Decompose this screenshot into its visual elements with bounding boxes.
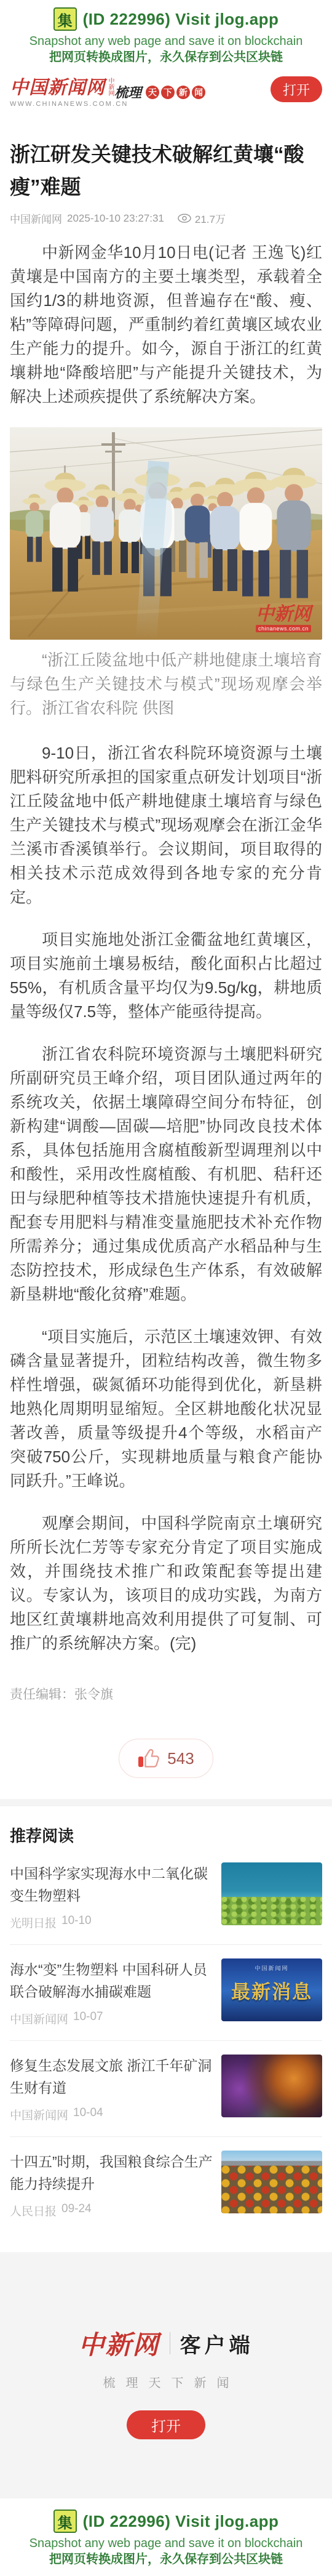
article-paragraph: 中新网金华10月10日电(记者 王逸飞)红黄壤是中国南方的主要土壤类型，承载着全… [10, 241, 322, 409]
tagline-circle: 闻 [192, 86, 205, 99]
article-photo: 中新网 chinanews.com.cn [10, 427, 322, 640]
app-promo-footer: 中新网 客户端 梳理天下新闻 打开 [0, 2252, 332, 2498]
editor-label: 责任编辑： [10, 1688, 74, 1702]
recommended-item-source: 中国新闻网 [10, 2010, 68, 2027]
site-logo-text: 中国新闻网 [10, 78, 105, 99]
open-app-button[interactable]: 打开 [271, 76, 322, 102]
article-paragraph: 9-10日，浙江省农科院环境资源与土壤肥料研究所承担的国家重点研发计划项目“浙江… [10, 741, 322, 909]
banner-subtitle-zh: 把网页转换成图片，永久保存到公共区块链 [0, 2551, 332, 2567]
view-count: 21.7万 [195, 211, 226, 226]
recommended-item-source: 光明日报 [10, 1914, 57, 1931]
site-header: 中国新闻网 中新网 WWW.CHINANEWS.COM.CN 梳理 天 下 新 … [0, 71, 332, 128]
site-tagline: 梳理 天 下 新 闻 [114, 83, 205, 102]
article-paragraph: 项目实施地处浙江金衢盆地红黄壤区，项目实施前土壤易板结，酸化面积占比超过55%，… [10, 928, 322, 1024]
recommended-item-date: 10-07 [73, 2010, 103, 2027]
tagline-circle: 新 [176, 86, 190, 99]
footer-tagline: 梳理天下新闻 [0, 2373, 332, 2391]
like-count: 543 [167, 1749, 194, 1768]
thumbnail-grain-image [221, 2151, 322, 2213]
recommended-item[interactable]: 海水“变”生物塑料 中国科研人员联合破解海水捕碳难题 中国新闻网 10-07 中… [10, 1945, 322, 2040]
footer-divider [170, 2332, 170, 2354]
tagline-prefix: 梳理 [114, 83, 141, 102]
open-app-button-footer[interactable]: 打开 [127, 2410, 205, 2439]
recommended-item-date: 09-24 [61, 2202, 92, 2219]
recommended-section: 推荐阅读 中国科学家实现海水中二氧化碳变生物塑料 光明日报 10-10 海水“变… [0, 1824, 332, 2232]
thumbnail-cave-image [221, 2055, 322, 2117]
article-paragraph: 浙江省农科院环境资源与土壤肥料研究所副研究员王峰介绍，项目团队通过两年的系统攻关… [10, 1042, 322, 1306]
thumbnail-sea-image [221, 1862, 322, 1925]
recommended-item-source: 中国新闻网 [10, 2106, 68, 2123]
jlog-id-link[interactable]: (ID 222996) Visit jlog.app [83, 2512, 279, 2531]
recommended-item-title[interactable]: 修复生态发展文旅 浙江千年矿洞生财有道 [10, 2055, 213, 2099]
section-divider [0, 1799, 332, 1806]
recommended-item[interactable]: 修复生态发展文旅 浙江千年矿洞生财有道 中国新闻网 10-04 [10, 2041, 322, 2136]
recommended-item-title[interactable]: 海水“变”生物塑料 中国科研人员联合破解海水捕碳难题 [10, 1958, 213, 2003]
banner-subtitle-en: Snapshot any web page and save it on blo… [0, 2535, 332, 2551]
article-title: 浙江研发关键技术破解红黄壤“酸瘦”难题 [10, 138, 322, 203]
recommended-item[interactable]: 十四五”时期，我国粮食综合生产能力持续提升 人民日报 09-24 [10, 2137, 322, 2232]
article-paragraph: “项目实施后，示范区土壤速效钾、有效磷含量显著提升，团粒结构改善，微生物多样性增… [10, 1325, 322, 1493]
photo-caption: “浙江丘陵盆地中低产耕地健康土壤培育与绿色生产关键技术与模式”现场观摩会举行。浙… [10, 648, 322, 720]
footer-logo: 中新网 [78, 2325, 159, 2362]
eye-icon [178, 214, 191, 223]
article-paragraph: 观摩会期间，中国科学院南京土壤研究所所长沈仁芳等专家充分肯定了项目实施成效，并围… [10, 1511, 322, 1656]
snapshot-banner-top: 集 (ID 222996) Visit jlog.app Snapshot an… [0, 0, 332, 71]
thumbnail-news-image: 中国新闻网 最新消息 [221, 1958, 322, 2021]
footer-app-label: 客户端 [180, 2328, 254, 2359]
recommended-item-date: 10-04 [73, 2106, 103, 2123]
photo-watermark-url: chinanews.com.cn [256, 625, 311, 632]
site-logo-side-text: 中新网 [107, 78, 114, 99]
recommended-item[interactable]: 中国科学家实现海水中二氧化碳变生物塑料 光明日报 10-10 [10, 1849, 322, 1944]
recommended-item-title[interactable]: 中国科学家实现海水中二氧化碳变生物塑料 [10, 1862, 213, 1907]
editor-line: 责任编辑：张令旗 [10, 1683, 322, 1707]
article-datetime: 2025-10-10 23:27:31 [67, 212, 164, 225]
like-button[interactable]: 543 [119, 1739, 213, 1778]
article-byline: 中国新闻网 2025-10-10 23:27:31 21.7万 [10, 211, 322, 226]
photo-watermark: 中新网 chinanews.com.cn [256, 605, 311, 632]
thumbnail-logo-text: 中国新闻网 [255, 1964, 288, 1972]
page: 集 (ID 222996) Visit jlog.app Snapshot an… [0, 0, 332, 2576]
banner-subtitle-en: Snapshot any web page and save it on blo… [0, 33, 332, 49]
banner-subtitle-zh: 把网页转换成图片，永久保存到公共区块链 [0, 49, 332, 65]
article-body: 中新网金华10月10日电(记者 王逸飞)红黄壤是中国南方的主要土壤类型，承载着全… [10, 241, 322, 1778]
jlog-id-link[interactable]: (ID 222996) Visit jlog.app [83, 10, 279, 29]
recommended-item-date: 10-10 [61, 1914, 92, 1931]
jlog-badge-icon: 集 [53, 7, 77, 31]
recommended-item-source: 人民日报 [10, 2202, 57, 2219]
thumbs-up-icon [138, 1749, 160, 1768]
editor-name: 张令旗 [74, 1688, 113, 1702]
tagline-circle: 天 [146, 86, 159, 99]
photo-watermark-logo: 中新网 [256, 605, 311, 624]
jlog-badge-icon: 集 [53, 2510, 77, 2533]
recommended-item-title[interactable]: 十四五”时期，我国粮食综合生产能力持续提升 [10, 2151, 213, 2195]
thumbnail-headline-text: 最新消息 [231, 1976, 312, 2004]
snapshot-banner-bottom: 集 (ID 222996) Visit jlog.app Snapshot an… [0, 2498, 332, 2576]
recommended-heading: 推荐阅读 [10, 1824, 322, 1846]
article-source: 中国新闻网 [10, 211, 62, 226]
tagline-circle: 下 [161, 86, 175, 99]
